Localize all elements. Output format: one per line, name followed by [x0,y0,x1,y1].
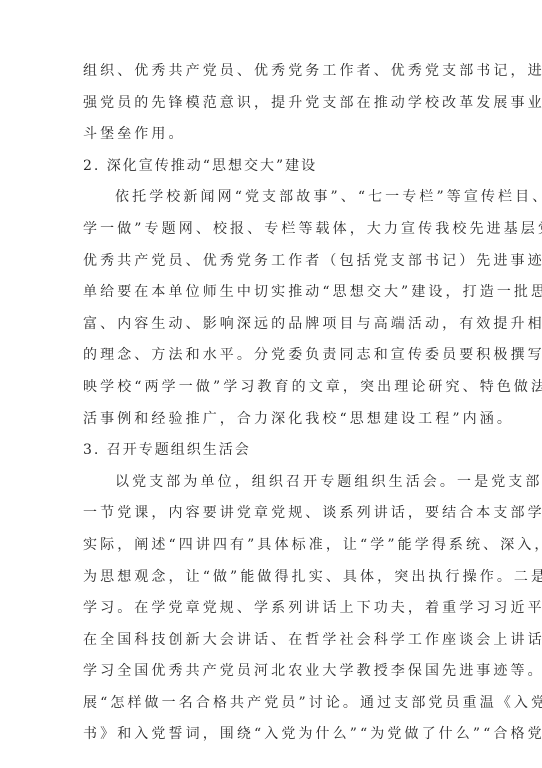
text-line: 书》和入党誓词，围绕“入党为什么”“为党做了什么”“合格党员标 [83,719,463,751]
text-line: 展“怎样做一名合格共产党员”讨论。通过支部党员重温《入党志愿 [83,688,463,720]
text-line: 强党员的先锋模范意识，提升党支部在推动学校改革发展事业中的战 [83,88,463,120]
text-line: 优秀共产党员、优秀党务工作者（包括党支部书记）先进事迹。各分 [83,246,463,278]
text-line: 一节党课，内容要讲党章党规、谈系列讲话，要结合本支部学习工作 [83,498,463,530]
text-line: 学习。在学党章党规、学系列讲话上下功夫，着重学习习近平总书记 [83,593,463,625]
text-line: 为思想观念，让“做”能做得扎实、具体，突出执行操作。二是专题 [83,562,463,594]
paragraph-first-line: 以党支部为单位，组织召开专题组织生活会。一是党支部书记讲 [83,467,463,499]
text-line: 斗堡垒作用。 [83,119,463,151]
text-line: 学习全国优秀共产党员河北农业大学教授李保国先进事迹等。三是开 [83,656,463,688]
text-line: 组织、优秀共产党员、优秀党务工作者、优秀党支部书记，进一步增 [83,56,463,88]
text-line: 富、内容生动、影响深远的品牌项目与高端活动，有效提升相关工作 [83,309,463,341]
text-line: 实际，阐述“四讲四有”具体标准，让“学”能学得系统、深入，融 [83,530,463,562]
paragraph-first-line: 依托学校新闻网“党支部故事”、“七一专栏”等宣传栏目、“两 [83,182,463,214]
text-line: 学一做”专题网、校报、专栏等载体，大力宣传我校先进基层党组织、 [83,214,463,246]
text-line: 映学校“两学一做”学习教育的文章，突出理论研究、特色做法、鲜 [83,372,463,404]
text-line: 单给要在本单位师生中切实推动“思想交大”建设，打造一批思想丰 [83,277,463,309]
text-line: 在全国科技创新大会讲话、在哲学社会科学工作座谈会上讲话精神， [83,625,463,657]
text-line: 活事例和经验推广，合力深化我校“思想建设工程”内涵。 [83,404,463,436]
text-line: 的理念、方法和水平。分党委负责同志和宣传委员要积极撰写发表反 [83,340,463,372]
document-page: 组织、优秀共产党员、优秀党务工作者、优秀党支部书记，进一步增 强党员的先锋模范意… [83,56,463,751]
section-heading-2: 2. 深化宣传推动“思想交大”建设 [83,151,463,183]
section-heading-3: 3. 召开专题组织生活会 [83,435,463,467]
